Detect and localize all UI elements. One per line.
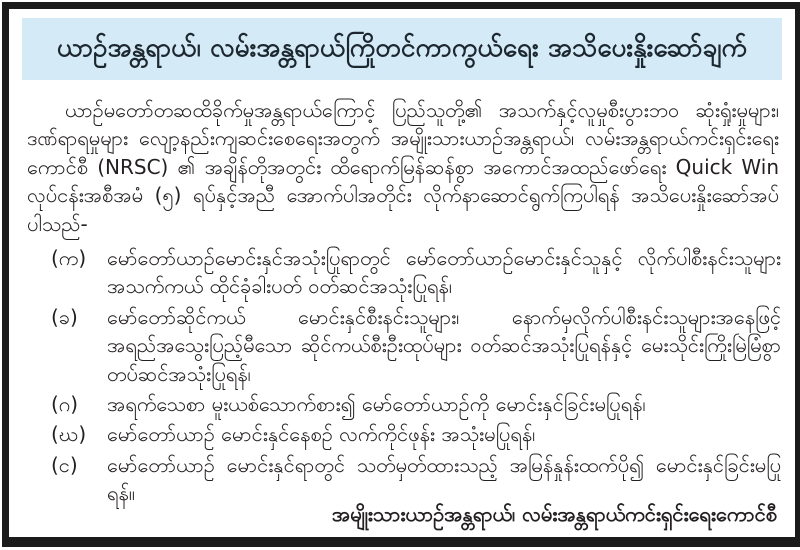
- item-label: (ဃ): [51, 420, 103, 448]
- item-text: အရက်သေစာ မူးယစ်သောက်စား၍ မော်တော်ယာဉ်ကို…: [103, 390, 781, 418]
- item-text: မော်တော်ယာဉ် မောင်းနှင်နေစဉ် လက်ကိုင်ဖုန…: [103, 420, 781, 448]
- item-label: (င): [51, 451, 103, 479]
- list-item: (ဃ) မော်တော်ယာဉ် မောင်းနှင်နေစဉ် လက်ကိုင…: [9, 418, 795, 448]
- notice-list: (က) မော်တော်ယာဉ်မောင်းနှင်အသုံးပြုရာတွင်…: [9, 242, 795, 508]
- signature-line: အမျိုးသားယာဉ်အန္တရာယ်၊ လမ်းအန္တရာယ်ကင်းရ…: [332, 501, 777, 531]
- page-frame: ယာဉ်အန္တရာယ်၊ လမ်းအန္တရာယ်ကြိုတင်ကာကွယ်ရ…: [2, 2, 800, 547]
- notice-page: ယာဉ်အန္တရာယ်၊ လမ်းအန္တရာယ်ကြိုတင်ကာကွယ်ရ…: [0, 0, 800, 550]
- item-label: (ဂ): [51, 390, 103, 418]
- item-text: မော်တော်ယာဉ်မောင်းနှင်အသုံးပြုရာတွင် မော…: [103, 244, 781, 301]
- item-label: (က): [51, 244, 103, 272]
- notice-title: ယာဉ်အန္တရာယ်၊ လမ်းအန္တရာယ်ကြိုတင်ကာကွယ်ရ…: [49, 34, 755, 64]
- list-item: (ဂ) အရက်သေစာ မူးယစ်သောက်စား၍ မော်တော်ယာဉ…: [9, 388, 795, 418]
- list-item: (က) မော်တော်ယာဉ်မောင်းနှင်အသုံးပြုရာတွင်…: [9, 242, 795, 301]
- item-label: (ခ): [51, 303, 103, 331]
- item-text: မော်တော်ဆိုင်ကယ် မောင်းနှင်စီးနင်းသူများ…: [103, 303, 781, 388]
- notice-header: ယာဉ်အန္တရာယ်၊ လမ်းအန္တရာယ်ကြိုတင်ကာကွယ်ရ…: [22, 18, 782, 80]
- list-item: (င) မော်တော်ယာဉ် မောင်းနှင်ရာတွင် သတ်မှတ…: [9, 449, 795, 508]
- item-text: မော်တော်ယာဉ် မောင်းနှင်ရာတွင် သတ်မှတ်ထား…: [103, 451, 781, 508]
- intro-paragraph: ယာဉ်မတော်တဆထိခိုက်မှုအန္တရာယ်ကြောင့် ပြည…: [27, 96, 779, 238]
- list-item: (ခ) မော်တော်ဆိုင်ကယ် မောင်းနှင်စီးနင်းသူ…: [9, 301, 795, 388]
